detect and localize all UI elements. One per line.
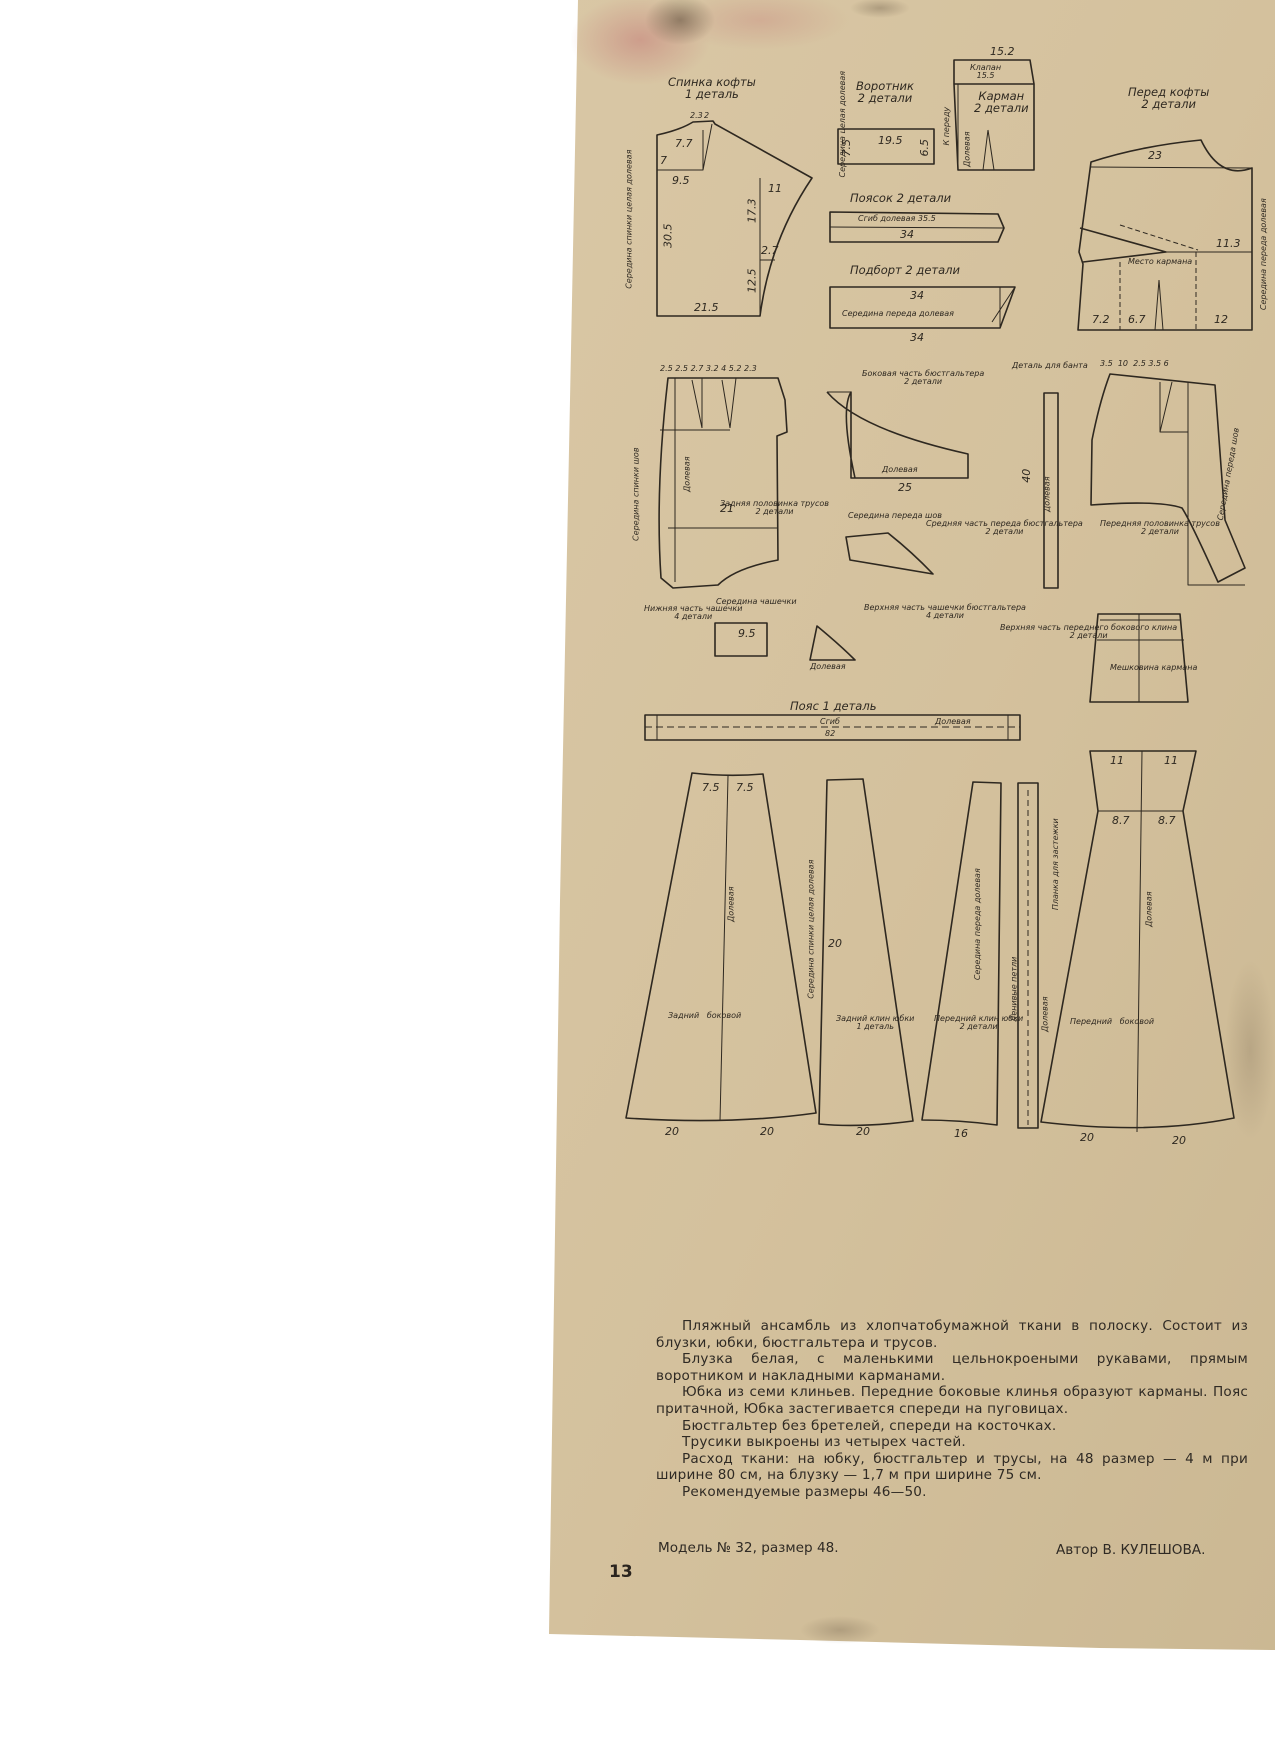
desc-paragraph: Рекомендуемые размеры 46—50. [656, 1484, 1248, 1501]
cup-upper-grain: Долевая [810, 663, 846, 671]
desc-paragraph: Пляжный ансамбль из хлопчатобумажной тка… [656, 1318, 1248, 1351]
dim: 2 [704, 112, 709, 120]
front-side-gore-title: Передний боковой [1070, 1018, 1154, 1026]
desc-paragraph: Расход ткани: на юбку, бюстгальтер и тру… [656, 1451, 1248, 1484]
desc-paragraph: Юбка из семи клиньев. Передние боковые к… [656, 1384, 1248, 1417]
dim: 9.5 [738, 628, 756, 640]
desc-paragraph: Трусики выкроены из четырех частей. [656, 1434, 1248, 1451]
dim: 12.5 [746, 269, 758, 294]
front-side-gore-grain: Долевая [1146, 891, 1154, 927]
back-side-gore-title: Задний боковой [668, 1012, 741, 1020]
dim: 20 [1172, 1135, 1186, 1147]
dim: 20 [665, 1126, 679, 1138]
dim: 8.7 [1112, 815, 1130, 827]
dim: 20 [760, 1126, 774, 1138]
dim: 11 [768, 183, 782, 195]
bra-mid-title: Средняя часть переда бюстгальтера2 детал… [926, 520, 1083, 537]
dim: 11 [1164, 755, 1178, 767]
dim: 20 [828, 938, 842, 950]
dim: 34 [910, 332, 924, 344]
bra-side-title: Боковая часть бюстгальтера2 детали [862, 370, 984, 387]
front-gore-side-label: Середина переда долевая [974, 868, 982, 980]
back-briefs-side-label: Середина спинки шов [633, 447, 641, 540]
waistband-grain: Долевая [935, 718, 971, 726]
pocket-title: Карман2 детали [974, 90, 1029, 114]
dim: 11.3 [1216, 238, 1241, 250]
dim: 7.2 [1092, 314, 1110, 326]
bow-grain: Долевая [1044, 476, 1052, 512]
dim: 34 [900, 229, 914, 241]
back-blouse-title: Спинка кофты1 деталь [668, 76, 756, 100]
dim: 7 [660, 155, 667, 167]
page-number: 13 [609, 1562, 633, 1582]
bow-len: 40 [1021, 469, 1033, 483]
belt-small-fold: Сгиб долевая 35.5 [858, 215, 936, 223]
back-briefs-title: Задняя половинка трусов2 детали [720, 500, 829, 517]
dim: 19.5 [878, 135, 903, 147]
waistband-fold: Сгиб [820, 718, 840, 726]
pocket-place-label: Место кармана [1128, 258, 1192, 266]
dim: 7.5 [736, 782, 754, 794]
back-briefs-grain: Долевая [684, 456, 692, 492]
dim: 7.5 [702, 782, 720, 794]
dim: 11 [1110, 755, 1124, 767]
dim: 12 [1214, 314, 1228, 326]
dim: 2.3 [690, 112, 703, 120]
dim: 21 [720, 503, 734, 515]
placket-loops: Ленивые петли [1010, 957, 1018, 1022]
cup-lower-title: Нижняя часть чашечки4 детали [644, 605, 742, 622]
front-blouse-title: Перед кофты2 детали [1128, 86, 1209, 110]
dim: 7.7 [675, 138, 693, 150]
bra-mid-center: Середина переда шов [848, 512, 942, 520]
facing-label: Середина переда долевая [842, 310, 954, 318]
dim: 6.7 [1128, 314, 1146, 326]
dim: 21.5 [694, 302, 719, 314]
waistband-title: Пояс 1 деталь [790, 700, 876, 712]
placket-grain: Долевая [1042, 996, 1050, 1032]
collar-side-label: Середина целая долевая [839, 71, 847, 178]
front-briefs-top-dims: 3.5 10 2.5 3.5 6 [1100, 360, 1169, 368]
bow-title: Деталь для банта [1012, 362, 1088, 370]
pocket-top-dim: 15.2 [990, 46, 1015, 58]
pocket-side-label: К переду [943, 107, 951, 146]
cup-upper-title: Верхняя часть чашечки бюстгальтера4 дета… [864, 604, 1026, 621]
dim: 6.5 [919, 139, 931, 157]
dim: 7.5 [841, 139, 853, 157]
front-side-gore-top-label: Мешковина кармана [1110, 664, 1197, 672]
dim: 20 [1080, 1132, 1094, 1144]
waistband-len: 82 [825, 730, 835, 738]
pocket-grain: Долевая [964, 131, 972, 167]
dim: 8.7 [1158, 815, 1176, 827]
facing-title: Подборт 2 детали [850, 264, 960, 276]
back-blouse-side-label: Середина спинки целая долевая [625, 150, 633, 289]
pocket-flap-label: Клапан15.5 [970, 64, 1001, 81]
dim: 34 [910, 290, 924, 302]
dim: 2.7 [761, 245, 779, 257]
collar-title: Воротник2 детали [856, 80, 914, 104]
dim: 25 [898, 482, 912, 494]
model-description: Пляжный ансамбль из хлопчатобумажной тка… [656, 1318, 1248, 1501]
front-side-gore-top-title: Верхняя часть переднего бокового клина2 … [1000, 624, 1177, 641]
front-blouse-side-label: Середина переда долевая [1260, 198, 1268, 310]
dim: 20 [856, 1126, 870, 1138]
back-gore-title: Задний клин юбки1 деталь [836, 1015, 914, 1032]
dim: 23 [1148, 150, 1162, 162]
desc-paragraph: Бюстгальтер без бретелей, спереди на кос… [656, 1418, 1248, 1435]
dim: 30.5 [662, 224, 674, 249]
dim: 17.3 [746, 199, 758, 224]
back-briefs-top-dims: 2.5 2.5 2.7 3.2 4 5.2 2.3 [660, 365, 757, 373]
cup-lower-center: Середина чашечки [716, 598, 797, 606]
back-side-gore-grain: Долевая [728, 886, 736, 922]
belt-small-title: Поясок 2 детали [850, 192, 951, 204]
placket-title: Планка для застежки [1052, 818, 1060, 910]
author: Автор В. КУЛЕШОВА. [1056, 1542, 1205, 1558]
model-number: Модель № 32, размер 48. [658, 1540, 839, 1556]
back-gore-side-label: Середина спинки целая долевая [807, 860, 815, 999]
bra-side-grain: Долевая [882, 466, 918, 474]
front-briefs-title: Передняя половинка трусов2 детали [1100, 520, 1220, 537]
desc-paragraph: Блузка белая, с маленькими цельнокроеным… [656, 1351, 1248, 1384]
dim: 16 [954, 1128, 968, 1140]
dim: 9.5 [672, 175, 690, 187]
